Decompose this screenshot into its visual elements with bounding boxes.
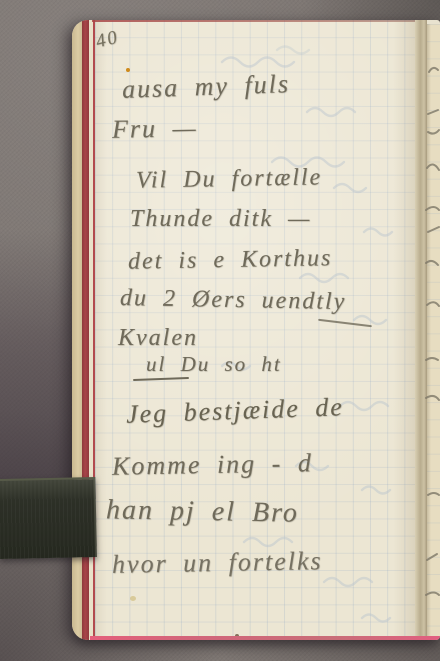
handwriting-line: det is e Korthus [128,245,333,276]
handwriting-line: ausa my fuls [122,69,291,105]
handwriting-line: han pj el Bro [106,494,299,529]
handwriting-line: Vil Du fortælle [136,164,323,194]
binding-gutter [415,20,427,636]
stain-dot [126,68,130,72]
handwriting-line: Fru — [112,113,198,144]
notebook: 40 ausa my fuls Fru — Vil Du fortælle Th… [72,20,440,640]
handwriting-line: Komme ing - d [112,448,313,482]
book-weight-strap [0,477,97,559]
stain-dot [130,596,136,601]
handwriting-line: ul Du so ht [146,352,282,377]
felt-shadow [0,230,78,482]
handwriting-line: Thunde ditk — [130,206,311,233]
handwriting-line: hvor un fortelks [112,546,323,580]
bottom-red-edge-line [90,636,440,640]
adjacent-page-edge [427,24,440,636]
handwriting-line: Kvalen [118,325,198,352]
photo-of-notebook: 40 ausa my fuls Fru — Vil Du fortælle Th… [0,0,440,661]
top-red-edge-line [92,20,418,22]
handwriting-line: du 2 Øers uendtly [120,285,347,316]
